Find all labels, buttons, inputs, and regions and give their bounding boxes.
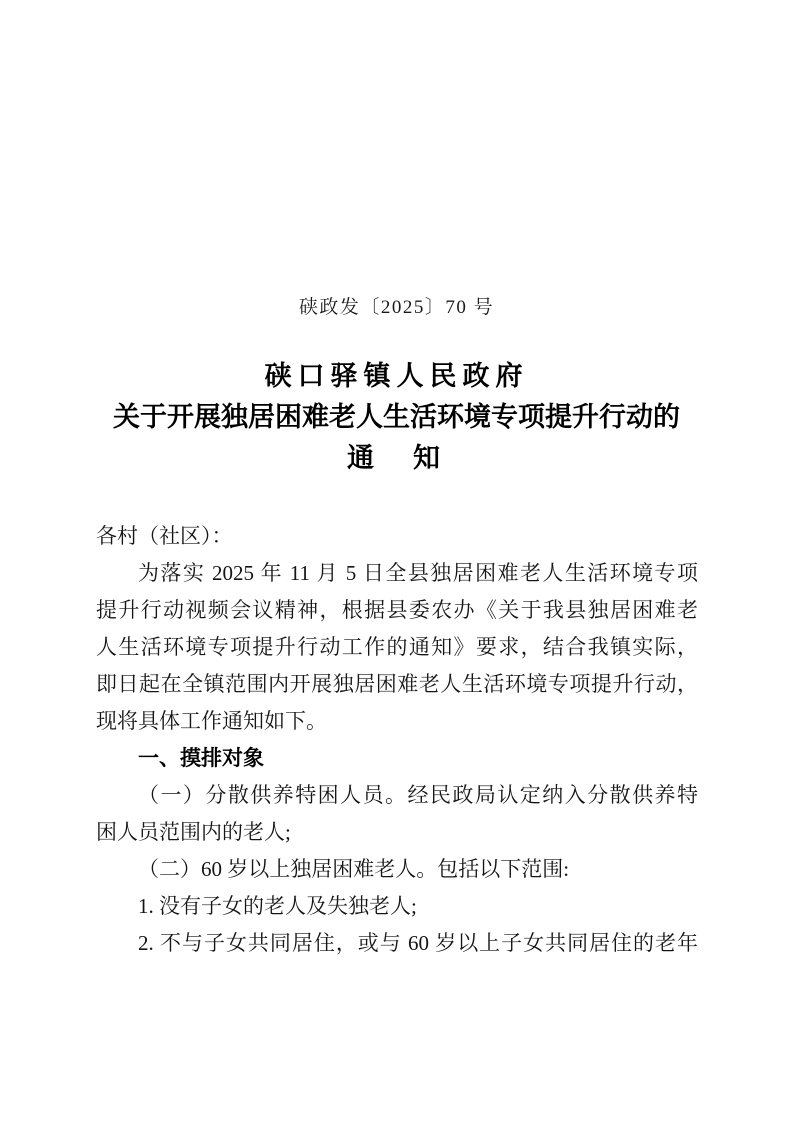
title-line-notice: 通 知 xyxy=(0,438,793,479)
body-line: 即日起在全镇范围内开展独居困难老人生活环境专项提升行动， xyxy=(96,666,698,703)
body-line: 2. 不与子女共同居住，或与 60 岁以上子女共同居住的老年 xyxy=(96,925,698,962)
body-line: （二）60 岁以上独居困难老人。包括以下范围: xyxy=(96,851,698,888)
body-line: 为落实 2025 年 11 月 5 日全县独居困难老人生活环境专项 xyxy=(96,555,698,592)
body-line: （一）分散供养特困人员。经民政局认定纳入分散供养特 xyxy=(96,777,698,814)
body-line: 各村（社区）： xyxy=(96,518,698,555)
title-line-subject: 关于开展独居困难老人生活环境专项提升行动的 xyxy=(0,397,793,438)
body-line: 困人员范围内的老人; xyxy=(96,814,698,851)
body-line: 现将具体工作通知如下。 xyxy=(96,703,698,740)
document-page: 硖政发〔2025〕70 号 硖口驿镇人民政府 关于开展独居困难老人生活环境专项提… xyxy=(0,0,793,1122)
doc-number: 硖政发〔2025〕70 号 xyxy=(0,296,793,320)
body-line: 人生活环境专项提升行动工作的通知》要求，结合我镇实际， xyxy=(96,629,698,666)
body-line: 提升行动视频会议精神，根据县委农办《关于我县独居困难老 xyxy=(96,592,698,629)
document-title: 硖口驿镇人民政府 关于开展独居困难老人生活环境专项提升行动的 通 知 xyxy=(0,356,793,479)
body-line: 1. 没有子女的老人及失独老人; xyxy=(96,888,698,925)
title-line-issuer: 硖口驿镇人民政府 xyxy=(0,356,793,397)
document-body: 各村（社区）：为落实 2025 年 11 月 5 日全县独居困难老人生活环境专项… xyxy=(96,518,698,962)
body-line: 一、摸排对象 xyxy=(96,740,698,777)
